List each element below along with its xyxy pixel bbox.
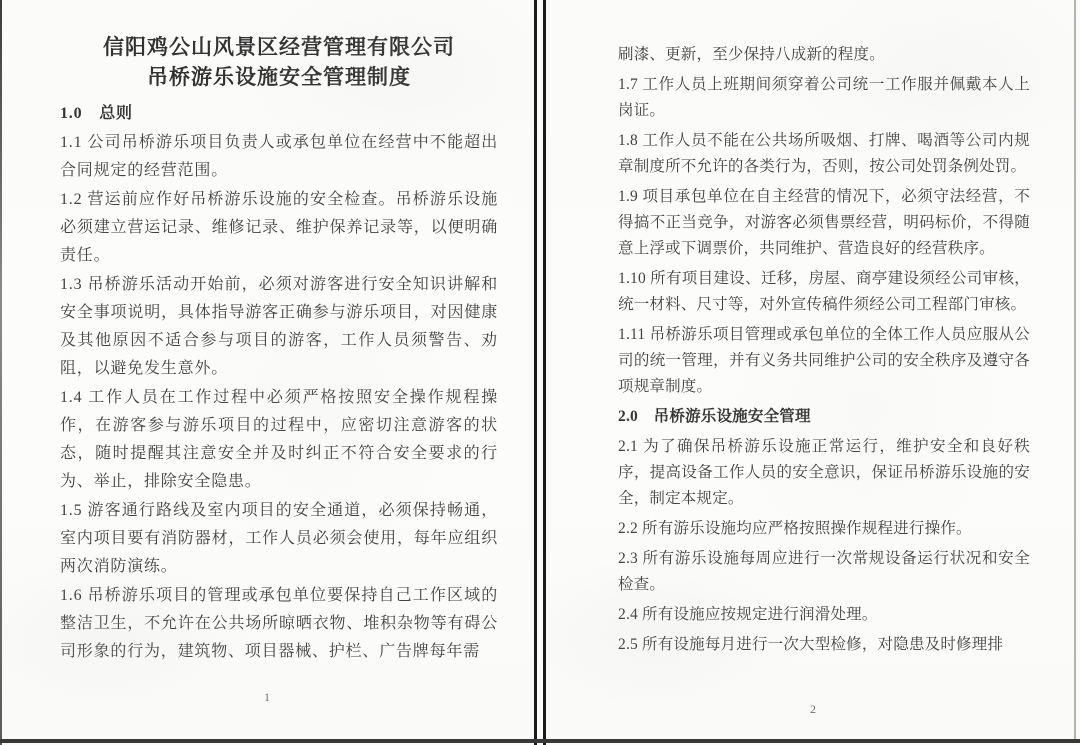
paragraph-1-1: 1.1 公司吊桥游乐项目负责人或承包单位在经营中不能超出合同规定的经营范围。 [60, 129, 498, 185]
scan-bottom-edge-line [0, 739, 1080, 743]
title-line-2: 吊桥游乐设施安全管理制度 [60, 62, 498, 92]
paragraph-1-2: 1.2 营运前应作好吊桥游乐设施的安全检查。吊桥游乐设施必须建立营运记录、维修记… [60, 186, 498, 270]
paragraph-2-5: 2.5 所有设施每月进行一次大型检修，对隐患及时修理排 [618, 632, 1030, 658]
document-title: 信阳鸡公山风景区经营管理有限公司 吊桥游乐设施安全管理制度 [60, 32, 498, 92]
section-heading-1-0: 1.0 总则 [60, 100, 498, 128]
paragraph-1-4: 1.4 工作人员在工作过程中必须严格按照安全操作规程操作，在游客参与游乐项目的过… [60, 384, 498, 496]
scan-left-edge-line [0, 0, 2, 745]
paragraph-2-3: 2.3 所有游乐设施每周应进行一次常规设备运行状况和安全检查。 [618, 546, 1030, 598]
page-1: 信阳鸡公山风景区经营管理有限公司 吊桥游乐设施安全管理制度 1.0 总则 1.1… [0, 0, 534, 745]
paragraph-1-7: 1.7 工作人员上班期间须穿着公司统一工作服并佩戴本人上岗证。 [618, 72, 1030, 124]
paragraph-1-5: 1.5 游客通行路线及室内项目的安全通道，必须保持畅通，室内项目要有消防器材，工… [60, 497, 498, 581]
document-spread: 信阳鸡公山风景区经营管理有限公司 吊桥游乐设施安全管理制度 1.0 总则 1.1… [0, 0, 1080, 745]
paragraph-1-6: 1.6 吊桥游乐项目的管理或承包单位要保持自己工作区域的整洁卫生，不允许在公共场… [60, 582, 498, 666]
paragraph-1-11: 1.11 吊桥游乐项目管理或承包单位的全体工作人员应服从公司的统一管理，并有义务… [618, 322, 1030, 400]
scan-right-edge-line [1074, 0, 1076, 741]
page-gutter [534, 0, 546, 745]
page-number-2: 2 [546, 696, 1080, 722]
paragraph-1-8: 1.8 工作人员不能在公共场所吸烟、打牌、喝酒等公司内规章制度所不允许的各类行为… [618, 128, 1030, 180]
page-number-1: 1 [0, 683, 534, 711]
page-1-inner-edge-line [534, 0, 537, 745]
page-2: 刷漆、更新，至少保持八成新的程度。 1.7 工作人员上班期间须穿着公司统一工作服… [546, 0, 1080, 745]
paragraph-1-6-continuation: 刷漆、更新，至少保持八成新的程度。 [618, 42, 1030, 68]
paragraph-2-1: 2.1 为了确保吊桥游乐设施正常运行，维护安全和良好秩序，提高设备工作人员的安全… [618, 434, 1030, 512]
paragraph-2-2: 2.2 所有游乐设施均应严格按照操作规程进行操作。 [618, 516, 1030, 542]
section-heading-2-0: 2.0 吊桥游乐设施安全管理 [618, 404, 1030, 430]
title-line-1: 信阳鸡公山风景区经营管理有限公司 [60, 32, 498, 62]
paragraph-1-3: 1.3 吊桥游乐活动开始前，必须对游客进行安全知识讲解和安全事项说明，具体指导游… [60, 271, 498, 383]
paragraph-1-9: 1.9 项目承包单位在自主经营的情况下，必须守法经营，不得搞不正当竞争，对游客必… [618, 184, 1030, 262]
paragraph-2-4: 2.4 所有设施应按规定进行润滑处理。 [618, 602, 1030, 628]
paragraph-1-10: 1.10 所有项目建设、迁移，房屋、商亭建设须经公司审核，统一材料、尺寸等，对外… [618, 266, 1030, 318]
